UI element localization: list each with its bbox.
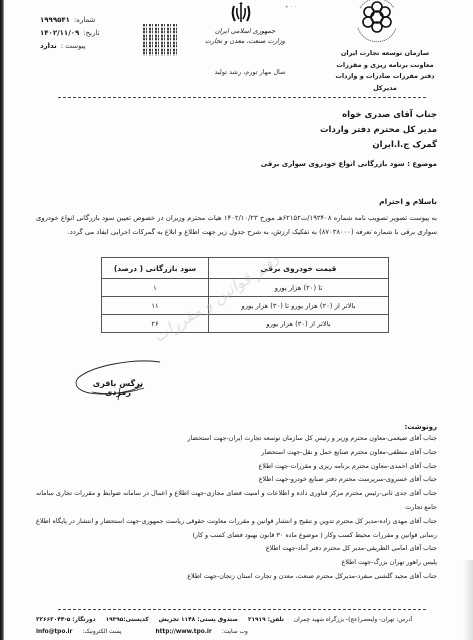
attachment-value: ندارد <box>40 40 57 53</box>
cc-title: رونوشت: <box>405 423 438 431</box>
org-line: معاونت برنامه ریزی و مقررات <box>330 60 440 72</box>
ministry-caption: جمهوری اسلامی ایران وزارت صنعت، معدن و ت… <box>195 26 295 46</box>
footer: آدرس: تهران- ولیعصر(عج)- بزرگراه شهید چم… <box>36 614 436 638</box>
cc-list: جناب آقای ضیغمی-معاون محترم وزیر و رئیس … <box>36 432 437 584</box>
column-header-profit: سود بازرگانی ( درصد) <box>102 258 209 279</box>
addressee-name: جناب آقای صدری خواه <box>137 108 437 123</box>
profit-cell: ۱ <box>102 279 209 297</box>
cc-item: پلیس راهور تهران بزرگ-جهت اطلاع <box>36 556 437 570</box>
cc-item: جناب آقای مجید گلشنی منفرد-مدیرکل محترم … <box>36 570 437 584</box>
org-department-block: سازمان توسعه تجارت ایران معاونت برنامه ر… <box>330 48 440 94</box>
letter-date: تاریخ: ۱۴۰۲/۱۱/۰۹ <box>40 27 135 40</box>
table-row: بالاتر از (۲۰) هزار یورو تا (۳۰) هزار یو… <box>102 297 389 315</box>
website-label: وب سایت: <box>222 626 248 638</box>
cc-item: جناب آقای مهدی زاده-مدیر کل محترم تدوین … <box>36 515 437 543</box>
footer-divider <box>58 609 426 610</box>
footer-fax: دورنگار: ۵-۲۲۶۶۲۰۴۴ <box>36 614 96 626</box>
cc-item: جناب آقای ضیغمی-معاون محترم وزیر و رئیس … <box>36 432 437 446</box>
letter-body: به پیوست تصویر تصویب نامه شماره ۱۹۳۴۰۸/ت… <box>36 211 437 239</box>
spacer <box>132 626 146 638</box>
year-slogan: سال مهار تورم، رشد تولید <box>200 68 300 76</box>
scan-edge <box>0 0 4 640</box>
cc-item: جناب آقای منطقی-معاون محترم صنایع حمل و … <box>36 446 437 460</box>
republic-name: جمهوری اسلامی ایران <box>195 26 295 36</box>
qr-code-icon <box>143 24 177 56</box>
letter-page: شماره: ۱۹۹۹۵۴۱ تاریخ: ۱۴۰۲/۱۱/۰۹ پیوست :… <box>0 0 473 640</box>
table-row: بالاتر از (۳۰) هزار یورو ۲۶ <box>102 315 389 333</box>
price-cell: بالاتر از (۲۰) هزار یورو تا (۳۰) هزار یو… <box>208 297 388 315</box>
org-line: سازمان توسعه تجارت ایران <box>330 48 440 60</box>
signatory-name: نرگس باقری زمردی <box>80 379 156 397</box>
website-link[interactable]: http://www.tpo.ir <box>156 626 212 638</box>
header-divider <box>58 97 426 98</box>
date-label: تاریخ: <box>83 27 99 40</box>
attachment-label: پیوست : <box>61 40 86 53</box>
org-line: دفتر مقررات صادرات و واردات <box>330 71 440 83</box>
addressee-title: مدیر کل محترم دفتر واردات <box>137 123 437 138</box>
footer-phone: تلفن: ۲۱۹۱۹ <box>248 614 284 626</box>
letter-meta: شماره: ۱۹۹۹۵۴۱ تاریخ: ۱۴۰۲/۱۱/۰۹ پیوست :… <box>40 14 135 53</box>
letter-attachment: پیوست : ندارد <box>40 40 135 53</box>
footer-web-row: وب سایت: http://www.tpo.ir پست الکترونیک… <box>36 626 436 638</box>
ministry-name: وزارت صنعت، معدن و تجارت <box>195 36 295 46</box>
letter-subject: موضوع : سود بازرگانی انواع خودروی سواری … <box>77 160 437 168</box>
date-value: ۱۴۰۲/۱۱/۰۹ <box>40 27 79 40</box>
cc-item: جناب آقای خسروی-سرپرست محترم دفتر صنایع … <box>36 473 437 487</box>
greeting: باسلام و احترام <box>137 197 437 206</box>
org-line: مدیرکل <box>330 83 440 95</box>
cc-item: جناب آقای امامی الطریقی-مدیر کل محترم دف… <box>36 542 437 556</box>
cc-item: جناب آقای احمدی-معاون محترم برنامه ریزی … <box>36 460 437 474</box>
addressee-org: گمرک ج.ا.ایران <box>137 138 437 153</box>
number-label: شماره: <box>74 14 95 27</box>
cc-item: جناب آقای جدی ثانی-رئیس محترم مرکز فناور… <box>36 487 437 515</box>
letter-number: شماره: ۱۹۹۹۵۴۱ <box>40 14 135 27</box>
footer-contact-row: آدرس: تهران- ولیعصر(عج)- بزرگراه شهید چم… <box>36 614 436 626</box>
tpo-logo-icon <box>352 0 402 46</box>
number-value: ۱۹۹۹۵۴۱ <box>40 14 70 27</box>
decorative-dots: • · · <box>285 4 296 11</box>
addressee-block: جناب آقای صدری خواه مدیر کل محترم دفتر و… <box>137 108 437 153</box>
footer-address: آدرس: تهران- ولیعصر(عج)- بزرگراه شهید چم… <box>294 614 412 626</box>
footer-postal-code: کدپستی:۱۹۳۹۵ <box>106 614 149 626</box>
page-fold-shadow <box>463 560 473 640</box>
email-link[interactable]: info@tpo.ir <box>36 626 72 638</box>
email-label: پست الکترونیک: <box>82 626 121 638</box>
iran-emblem-icon <box>230 2 252 26</box>
footer-pobox: صندوق پستی: ۱۱۴۸ تجریش <box>159 614 238 626</box>
price-cell: بالاتر از (۳۰) هزار یورو <box>208 315 388 333</box>
